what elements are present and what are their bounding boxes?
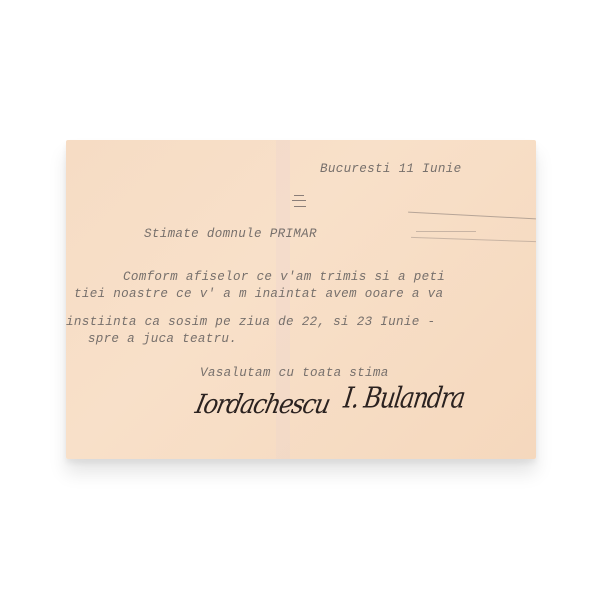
signature-iordachescu: Iordachescu	[193, 389, 332, 420]
ink-mark	[294, 195, 304, 196]
ink-mark	[292, 200, 306, 201]
letter-body-line: tiei noastre ce v' a m inaintat avem ooa…	[74, 287, 443, 301]
postmark-line	[408, 212, 536, 220]
postcard: Bucuresti 11 Iunie Stimate domnule PRIMA…	[66, 140, 536, 459]
letter-body-line: Comform afiselor ce v'am trimis si a pet…	[123, 270, 445, 284]
postmark-line	[416, 231, 476, 232]
ink-mark	[294, 206, 306, 207]
letter-date: Bucuresti 11 Iunie	[320, 162, 461, 176]
signature-bulandra: I. Bulandra	[342, 381, 467, 415]
postmark-line	[411, 237, 536, 242]
letter-greeting: Stimate domnule PRIMAR	[144, 227, 317, 241]
letter-closing: Vasalutam cu toata stima	[200, 366, 389, 380]
letter-body-line: instiinta ca sosim pe ziua de 22, si 23 …	[66, 315, 435, 329]
letter-body-line: spre a juca teatru.	[80, 332, 237, 346]
